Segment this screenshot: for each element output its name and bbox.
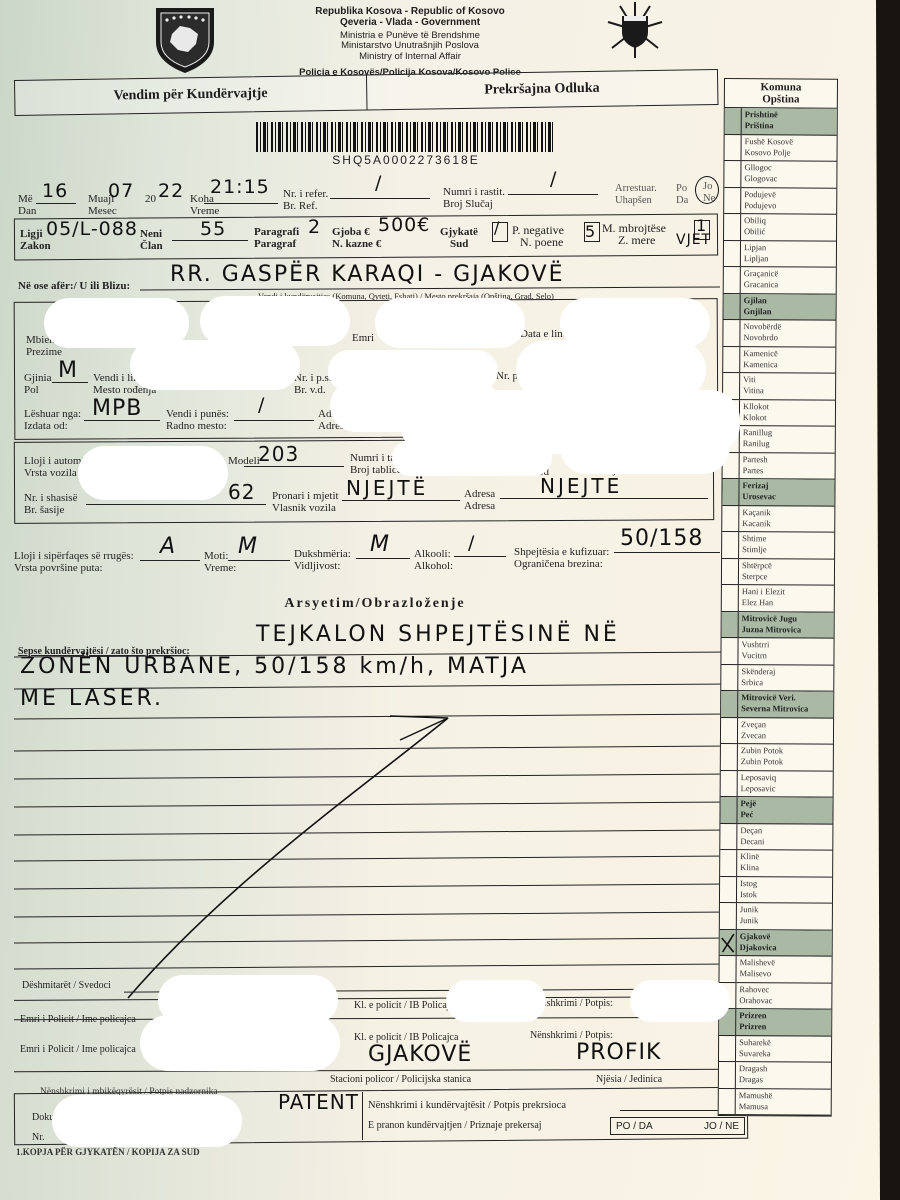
municipality-checkbox[interactable] <box>721 744 738 770</box>
municipality-checkbox[interactable] <box>720 903 737 929</box>
municipality-name: KaçanikKacanik <box>739 506 834 532</box>
municipality-name: KamenicëKamenica <box>740 347 835 373</box>
number-label: Nr. <box>32 1132 45 1144</box>
municipality-name: GllogocGlogovac <box>741 161 836 187</box>
barcode <box>256 122 556 152</box>
municipality-name: DragashDragas <box>736 1062 831 1088</box>
municipality-name: KllokotKlokot <box>740 400 835 426</box>
chassis-label: Nr. i shasisëBr. šasije <box>24 492 77 516</box>
unit-label: Njësia / Jedinica <box>596 1074 662 1086</box>
municipality-checkbox[interactable] <box>719 956 736 982</box>
municipality-row[interactable]: GraçanicëGracanica <box>724 267 836 294</box>
officer-2-label: Emri i Policit / Ime policajca <box>20 1044 136 1056</box>
year-value: 22 <box>158 180 184 202</box>
issued-value: MPB <box>92 396 142 421</box>
municipality-name: GjilanGnjilan <box>741 294 836 320</box>
municipality-row[interactable]: PrizrenPrizren <box>719 1009 831 1036</box>
admits-no-option[interactable]: JO / NE <box>704 1121 739 1132</box>
issued-label: Lëshuar nga:Izdata od: <box>24 408 81 432</box>
municipality-row[interactable]: GllogocGlogovac <box>724 161 836 188</box>
protective-unit: VJET <box>676 232 711 248</box>
municipality-row[interactable]: MalishevëMalisevo <box>719 956 831 983</box>
municipality-name: KlinëKlina <box>737 850 832 876</box>
officer-1-badge-label: Kl. e policit / IB Policajca <box>354 1000 458 1012</box>
municipality-checkbox[interactable] <box>725 108 742 134</box>
form-title-sr: Prekršajna Odluka <box>366 70 717 110</box>
municipality-name: VitiVitina <box>740 373 835 399</box>
police-ticket-document: Republika Kosova - Republic of Kosovo Qe… <box>0 0 880 1200</box>
checkmark-icon <box>720 929 736 954</box>
municipality-row[interactable]: Mitrovicë JuguJuzna Mitrovica <box>722 611 834 638</box>
municipality-checkbox[interactable] <box>722 611 739 637</box>
alcohol-value: / <box>468 532 475 554</box>
municipality-row[interactable]: LipjanLipljan <box>724 241 836 268</box>
municipality-name: SkënderajSrbica <box>738 665 833 691</box>
location-value: RR. GASPËR KARAQI - GJAKOVË <box>170 262 564 287</box>
municipality-row[interactable]: GjakovëDjakovica <box>720 929 832 956</box>
municipality-name: MamushëMamusa <box>736 1089 831 1115</box>
offender-signature-label: Nënshkrimi i kundërvajtësit / Potpis pre… <box>368 1100 566 1112</box>
municipality-row[interactable]: LeposaviqLeposavic <box>721 770 833 797</box>
municipality-name: JunikJunik <box>737 903 832 929</box>
municipality-row[interactable]: ObiliqObilić <box>724 214 836 241</box>
municipality-name: Fushë KosovëKosovo Polje <box>741 135 836 161</box>
witness-label: Dëshmitarët / Svedoci <box>22 980 111 992</box>
points-label: P. negativeN. poene <box>512 224 564 248</box>
municipality-row[interactable]: DragashDragas <box>719 1062 831 1089</box>
municipality-row[interactable]: PejëPeć <box>720 797 832 824</box>
municipality-name: RanillugRanilug <box>740 426 835 452</box>
municipality-checkbox[interactable] <box>720 876 737 902</box>
road-value: A <box>160 534 176 559</box>
protective-label: M. mbrojtëseZ. mere <box>602 222 666 246</box>
points-value: 5 <box>585 222 596 241</box>
admits-label: E pranon kundërvajtjen / Priznaje preker… <box>368 1120 542 1132</box>
day-value: 16 <box>42 180 68 202</box>
municipality-name: PrishtinëPriština <box>742 108 837 134</box>
municipality-row[interactable]: ZveçanZvecan <box>721 717 833 744</box>
municipality-row[interactable]: RanillugRanilug <box>723 426 835 453</box>
municipality-row[interactable]: PodujevëPodujevo <box>724 188 836 215</box>
visibility-value: M <box>370 532 390 557</box>
municipality-checkbox[interactable] <box>721 691 738 717</box>
municipality-row[interactable]: JunikJunik <box>720 903 832 930</box>
municipality-checkbox[interactable] <box>720 797 737 823</box>
municipality-checkbox[interactable] <box>724 294 741 320</box>
municipality-row[interactable]: Fushë KosovëKosovo Polje <box>724 135 836 162</box>
municipality-checkbox[interactable] <box>719 1035 736 1061</box>
kosovo-coat-of-arms-icon <box>152 4 218 74</box>
municipality-row[interactable]: Hani i ElezitElez Han <box>722 585 834 612</box>
municipality-row[interactable]: KaçanikKacanik <box>722 505 834 532</box>
municipality-name: PodujevëPodujevo <box>741 188 836 214</box>
reasoning-line-1: TEJKALON SHPEJTËSINË NË <box>256 622 620 647</box>
header-ministry-en: Ministry of Internal Affair <box>260 52 560 62</box>
admits-options: PO / DA JO / NE <box>610 1117 745 1135</box>
article-value: 55 <box>200 218 226 240</box>
municipality-row[interactable]: PrishtinëPriština <box>725 108 837 135</box>
document-value: PATENT <box>278 1090 359 1114</box>
municipality-name: ParteshPartes <box>740 453 835 479</box>
municipality-row[interactable]: SuharekëSuvareka <box>719 1035 831 1062</box>
gender-value: M <box>58 358 78 383</box>
municipality-name: FerizajUrosevac <box>739 479 834 505</box>
copy-note: 1.KOPJA PËR GJYKATËN / KOPIJA ZA SUD <box>16 1146 200 1158</box>
municipality-name: MalishevëMalisevo <box>736 956 831 982</box>
municipality-row[interactable]: Mitrovicë Veri.Severna Mitrovica <box>721 691 833 718</box>
court-value: / <box>494 218 500 237</box>
municipality-name: ObiliqObilić <box>741 214 836 240</box>
kosovo-police-badge-icon <box>602 0 668 60</box>
municipality-row[interactable]: SkënderajSrbica <box>721 664 833 691</box>
municipality-checkbox[interactable] <box>723 320 740 346</box>
municipality-row[interactable]: MamushëMamusa <box>719 1088 831 1115</box>
municipality-checkbox[interactable] <box>722 479 739 505</box>
speed-label: Shpejtësia e kufizuar:Ograničena brezina… <box>514 546 609 570</box>
municipality-row[interactable]: KamenicëKamenica <box>723 347 835 374</box>
workplace-value: / <box>258 394 265 416</box>
municipality-checkbox[interactable] <box>722 532 739 558</box>
municipality-checkbox[interactable] <box>721 638 738 664</box>
municipality-name: ShtërpcëSterpce <box>739 559 834 585</box>
municipality-name: SuharekëSuvareka <box>736 1036 831 1062</box>
admits-yes-option[interactable]: PO / DA <box>616 1121 653 1132</box>
road-label: Lloji i sipërfaqes së rrugës:Vrsta površ… <box>14 550 134 574</box>
municipality-checkbox[interactable] <box>724 188 741 214</box>
municipality-checkbox[interactable] <box>721 664 738 690</box>
time-value: 21:15 <box>210 176 270 198</box>
law-value: 05/L-088 <box>46 218 138 240</box>
municipality-row[interactable]: Zubin PotokZubin Potok <box>721 744 833 771</box>
header-country: Republika Kosova - Republic of Kosovo <box>260 6 560 17</box>
municipality-checkbox[interactable] <box>720 823 737 849</box>
visibility-label: Dukshmëria:Vidljivost: <box>294 548 351 572</box>
owner-address-label: AdresaAdresa <box>464 488 495 512</box>
location-label: Në ose afër:/ U ili Blizu: <box>18 280 130 292</box>
municipality-checkbox[interactable] <box>722 558 739 584</box>
municipality-name: IstogIstok <box>737 877 832 903</box>
municipality-row[interactable]: GjilanGnjilan <box>724 294 836 321</box>
municipality-name: Mitrovicë JuguJuzna Mitrovica <box>739 612 834 638</box>
station-label: Stacioni policor / Policijska stanica <box>330 1074 471 1086</box>
municipality-name: Hani i ElezitElez Han <box>739 585 834 611</box>
municipality-name: LipjanLipljan <box>741 241 836 267</box>
barcode-number: SHQ5A0002273618E <box>256 153 556 167</box>
weather-value: M <box>238 534 258 559</box>
form-title-bar: Vendim për Kundërvajtje Prekršajna Odluk… <box>14 69 718 116</box>
municipality-checkbox[interactable] <box>721 717 738 743</box>
municipality-row[interactable]: ShtërpcëSterpce <box>722 558 834 585</box>
license-label: Nr. i p.s.Br. v.d. <box>294 372 332 396</box>
month-value: 07 <box>108 180 134 202</box>
municipality-name: ShtimeStimlje <box>739 532 834 558</box>
municipality-checkbox[interactable] <box>724 135 741 161</box>
municipality-name: RahovecOrahovac <box>736 983 831 1009</box>
arrested-label: Arrestuar.Uhapšen <box>615 183 657 207</box>
municipality-name: NovobërdëNovobrdo <box>740 320 835 346</box>
municipality-row[interactable]: VitiVitina <box>723 373 835 400</box>
municipality-checkbox[interactable] <box>723 347 740 373</box>
ref-label: Nr. i refer.Br. Ref. <box>283 188 328 212</box>
municipality-row[interactable]: ShtimeStimlje <box>722 532 834 559</box>
municipality-name: Zubin PotokZubin Potok <box>738 744 833 770</box>
reasoning-line-3: ME LASER. <box>20 686 164 711</box>
case-label: Numri i rastit.Broj Slučaj <box>443 186 505 210</box>
municipality-name: GraçanicëGracanica <box>741 267 836 293</box>
municipality-checkbox[interactable] <box>722 585 739 611</box>
arrested-yes-option[interactable]: PoDa <box>676 183 688 207</box>
municipality-name: PejëPeć <box>737 797 832 823</box>
gender-label: GjiniaPol <box>24 372 52 396</box>
owner-value: NJEJTË <box>346 476 428 500</box>
municipality-row[interactable]: IstogIstok <box>720 876 832 903</box>
fine-label: Gjoba €N. kazne € <box>332 226 381 250</box>
ref-value: / <box>375 172 382 194</box>
municipality-row[interactable]: ParteshPartes <box>723 452 835 479</box>
case-value: / <box>550 168 557 190</box>
municipality-checkbox[interactable] <box>719 1062 736 1088</box>
article-label: NeniČlan <box>140 228 163 252</box>
municipality-checkbox[interactable] <box>724 241 741 267</box>
municipality-name: ZveçanZvecan <box>738 718 833 744</box>
day-label: MëDan <box>18 193 36 217</box>
workplace-label: Vendi i punës:Radno mesto: <box>166 408 229 432</box>
municipality-checkbox[interactable] <box>724 267 741 293</box>
speed-value: 50/158 <box>620 526 703 551</box>
municipality-row[interactable]: DeçanDecani <box>720 823 832 850</box>
reasoning-title: Arsyetim/Obrazloženje <box>240 596 510 612</box>
municipality-row[interactable]: KlinëKlina <box>720 850 832 877</box>
alcohol-label: Alkooli:Alkohol: <box>414 548 453 572</box>
court-label: GjykatëSud <box>440 226 478 250</box>
arrested-no-circle <box>695 176 719 204</box>
chassis-value: 62 <box>228 480 255 504</box>
year-prefix: 20 <box>145 193 156 205</box>
municipality-checkbox[interactable] <box>720 850 737 876</box>
paragraph-value: 2 <box>308 216 321 238</box>
municipality-row[interactable]: FerizajUrosevac <box>722 479 834 506</box>
municipality-name: PrizrenPrizren <box>736 1009 831 1035</box>
municipality-name: DeçanDecani <box>737 824 832 850</box>
paragraph-label: ParagrafiParagraf <box>254 226 299 250</box>
owner-address-value: NJEJTE <box>540 474 622 498</box>
name-label: Emri <box>352 332 374 344</box>
municipality-row[interactable]: NovobërdëNovobrdo <box>723 320 835 347</box>
model-value: 203 <box>258 442 299 466</box>
reasoning-line-2: ZONËN URBANE, 50/158 km/h, MATJA <box>20 654 529 679</box>
municipality-checkbox[interactable] <box>722 505 739 531</box>
municipality-checkbox[interactable] <box>719 1088 736 1114</box>
municipality-checkbox[interactable] <box>724 214 741 240</box>
municipality-list-title: KomunaOpština <box>725 79 837 109</box>
municipality-checkbox[interactable] <box>721 770 738 796</box>
weather-label: Moti:Vreme: <box>204 550 236 574</box>
municipality-name: LeposaviqLeposavic <box>738 771 833 797</box>
municipality-checkbox[interactable] <box>724 161 741 187</box>
municipality-row[interactable]: RahovecOrahovac <box>719 982 831 1009</box>
municipality-name: GjakovëDjakovica <box>737 930 832 956</box>
municipality-checkbox[interactable] <box>720 929 737 955</box>
fine-value: 500€ <box>378 214 430 236</box>
municipality-name: VushtrriVucitrn <box>738 638 833 664</box>
station-value: GJAKOVË <box>368 1042 472 1067</box>
owner-label: Pronari i mjetitVlasnik vozila <box>272 490 339 514</box>
form-title-sq: Vendim për Kundërvajtje <box>15 75 367 115</box>
municipality-row[interactable]: VushtrriVucitrn <box>721 638 833 665</box>
municipality-name: Mitrovicë Veri.Severna Mitrovica <box>738 691 833 717</box>
header-government: Qeveria - Vlada - Government <box>260 17 560 28</box>
municipality-list: KomunaOpština PrishtinëPrištinaFushë Kos… <box>718 78 838 1117</box>
unit-value: PROFIK <box>576 1040 661 1065</box>
